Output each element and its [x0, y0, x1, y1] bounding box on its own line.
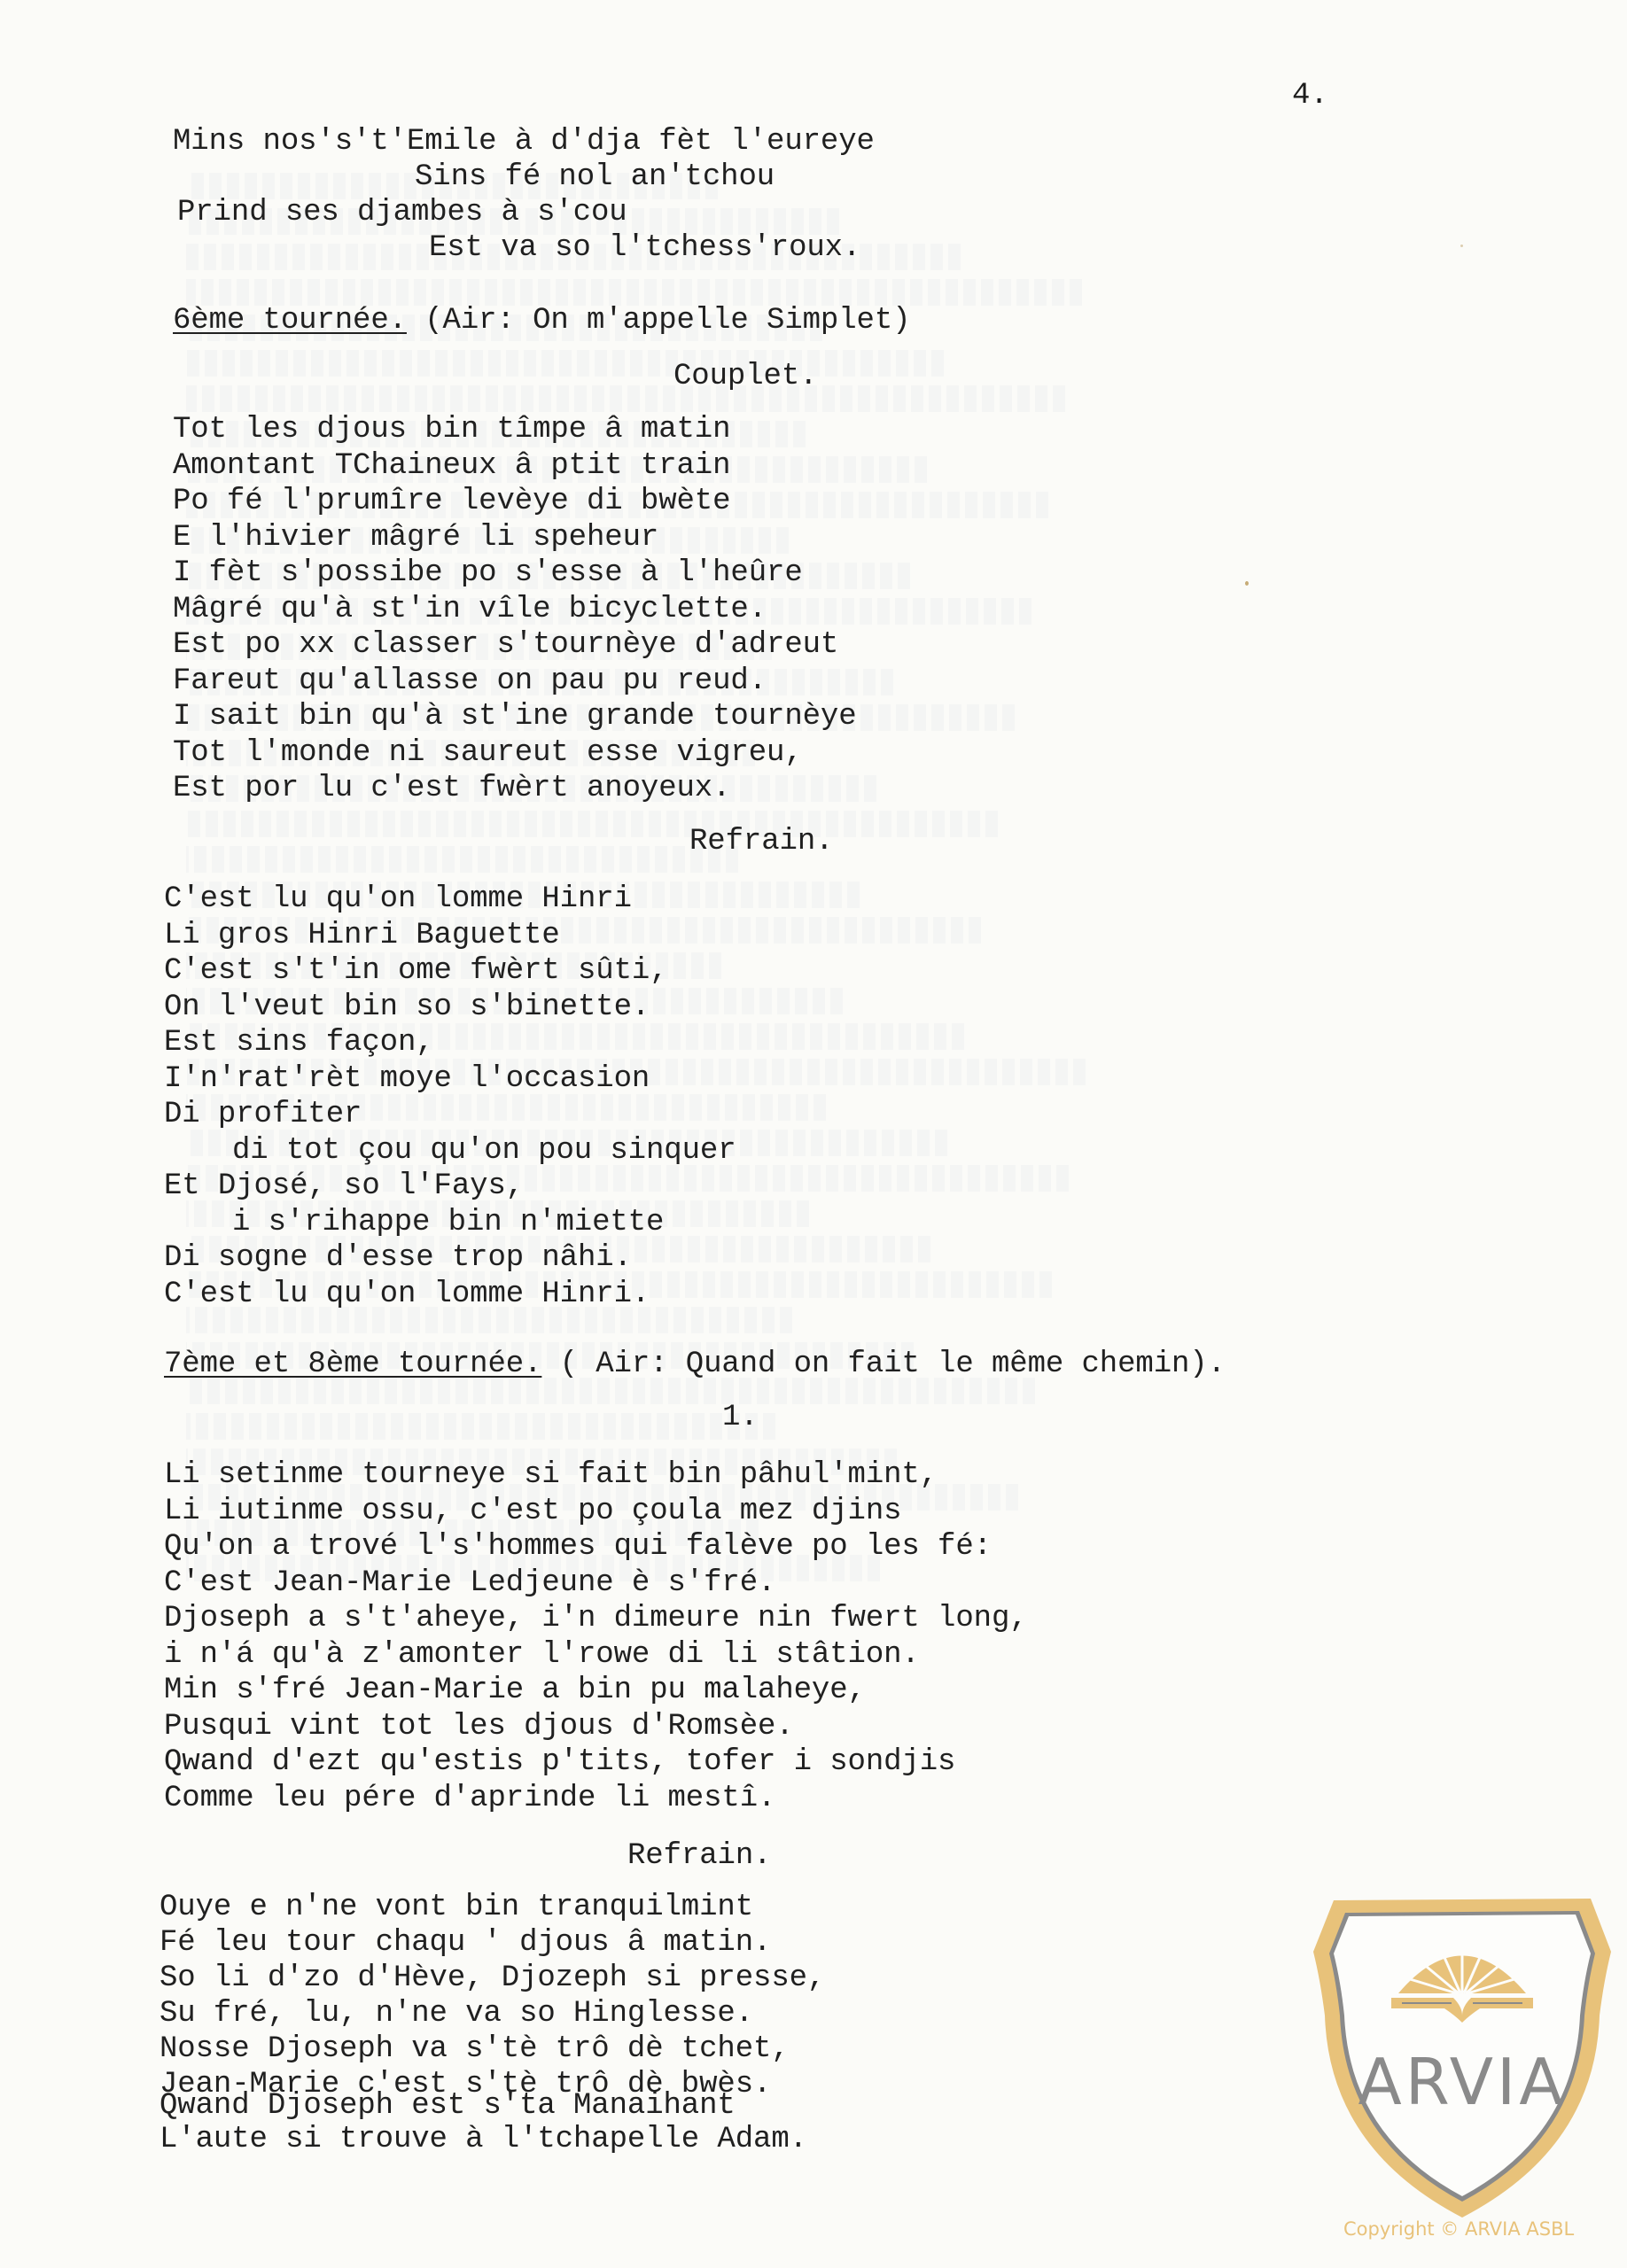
- refrain-line: C'est s't'in ome fwèrt sûti,: [164, 953, 668, 989]
- verse-number: 1.: [722, 1400, 759, 1435]
- intro-line: Prind ses djambes à s'cou: [177, 195, 627, 230]
- intro-line: Sins fé nol an'tchou: [415, 159, 775, 195]
- refrain-line: Di sogne d'esse trop nâhi.: [164, 1240, 632, 1276]
- copyright-notice: Copyright © ARVIA ASBL: [1343, 2218, 1574, 2240]
- couplet-line: Li iutinme ossu, c'est po çoula mez djin…: [164, 1494, 901, 1529]
- couplet-label: Couplet.: [673, 359, 817, 394]
- refrain-label: Refrain.: [627, 1838, 771, 1874]
- couplet-line: Djoseph a s't'aheye, i'n dimeure nin fwe…: [164, 1601, 1028, 1636]
- refrain-line: Li gros Hinri Baguette: [164, 918, 560, 953]
- couplet-line: I fèt s'possibe po s'esse à l'heûre: [173, 555, 803, 591]
- section-heading-underlined: 6ème tournée.: [173, 304, 407, 338]
- couplet-line: i n'á qu'à z'amonter l'rowe di li stâtio…: [164, 1637, 920, 1673]
- paper-speck: [1460, 245, 1463, 247]
- arvia-logo: ARVIA: [1303, 1883, 1622, 2255]
- refrain-line: C'est lu qu'on lomme Hinri: [164, 882, 632, 917]
- section-heading-air: (Air: On m'appelle Simplet): [407, 304, 911, 338]
- refrain-line: Et Djosé, so l'Fays,: [164, 1169, 524, 1204]
- refrain-line: Fé leu tour chaqu ' djous â matin.: [160, 1925, 771, 1961]
- couplet-line: Mâgré qu'à st'in vîle bicyclette.: [173, 592, 767, 627]
- refrain-line: L'aute si trouve à l'tchapelle Adam.: [160, 2122, 807, 2157]
- refrain-line: Ouye e n'ne vont bin tranquilmint: [160, 1890, 753, 1925]
- refrain-line: Nosse Djoseph va s'tè trô dè tchet,: [160, 2031, 790, 2067]
- couplet-line: Tot l'monde ni saureut esse vigreu,: [173, 735, 803, 771]
- intro-line: Est va so l'tchess'roux.: [429, 230, 860, 266]
- couplet-line: Po fé l'prumîre levèye di bwète: [173, 484, 730, 519]
- paper-speck: [1245, 581, 1249, 586]
- logo-text: ARVIA: [1358, 2045, 1566, 2119]
- refrain-line: i s'rihappe bin n'miette: [232, 1205, 664, 1240]
- refrain-line: Di profiter: [164, 1097, 362, 1132]
- couplet-line: Qwand d'ezt qu'estis p'tits, tofer i son…: [164, 1744, 955, 1780]
- refrain-label: Refrain.: [689, 824, 833, 859]
- document-page: 4. Mins nos's't'Emile à d'dja fèt l'eure…: [0, 0, 1627, 2268]
- couplet-line: Est por lu c'est fwèrt anoyeux.: [173, 771, 730, 806]
- couplet-line: Tot les djous bin tîmpe â matin: [173, 412, 730, 447]
- couplet-line: Amontant TChaineux â ptit train: [173, 448, 730, 484]
- refrain-line: Su fré, lu, n'ne va so Hinglesse.: [160, 1996, 753, 2031]
- couplet-line: I sait bin qu'à st'ine grande tournèye: [173, 699, 857, 734]
- couplet-line: E l'hivier mâgré li speheur: [173, 520, 658, 555]
- couplet-line: Qu'on a trové l's'hommes qui falève po l…: [164, 1529, 992, 1565]
- refrain-line: So li d'zo d'Hève, Djozeph si presse,: [160, 1961, 825, 1996]
- refrain-line: I'n'rat'rèt moye l'occasion: [164, 1061, 650, 1097]
- couplet-line: Comme leu pére d'aprinde li mestî.: [164, 1781, 775, 1816]
- couplet-line: C'est Jean-Marie Ledjeune è s'fré.: [164, 1565, 775, 1601]
- couplet-line: Li setinme tourneye si fait bin pâhul'mi…: [164, 1457, 938, 1493]
- section-heading-air: ( Air: Quand on fait le même chemin).: [541, 1348, 1226, 1381]
- refrain-line: Qwand Djoseph est s'ta Manaihant: [160, 2088, 736, 2124]
- couplet-line: Pusqui vint tot les djous d'Romsèe.: [164, 1709, 794, 1744]
- page-number: 4.: [1292, 78, 1328, 113]
- intro-line: Mins nos's't'Emile à d'dja fèt l'eureye: [173, 124, 875, 159]
- section-heading-underlined: 7ème et 8ème tournée.: [164, 1348, 541, 1381]
- couplet-line: Fareut qu'allasse on pau pu reud.: [173, 664, 767, 699]
- refrain-line: On l'veut bin so s'binette.: [164, 990, 650, 1025]
- section-heading-6: 6ème tournée. (Air: On m'appelle Simplet…: [173, 303, 910, 338]
- refrain-line: Est sins façon,: [164, 1025, 434, 1060]
- refrain-line: C'est lu qu'on lomme Hinri.: [164, 1277, 650, 1312]
- couplet-line: Min s'fré Jean-Marie a bin pu malaheye,: [164, 1673, 866, 1708]
- section-heading-7-8: 7ème et 8ème tournée. ( Air: Quand on fa…: [164, 1347, 1226, 1382]
- refrain-line: di tot çou qu'on pou sinquer: [232, 1133, 736, 1169]
- couplet-line: Est po xx classer s'tournèye d'adreut: [173, 627, 838, 663]
